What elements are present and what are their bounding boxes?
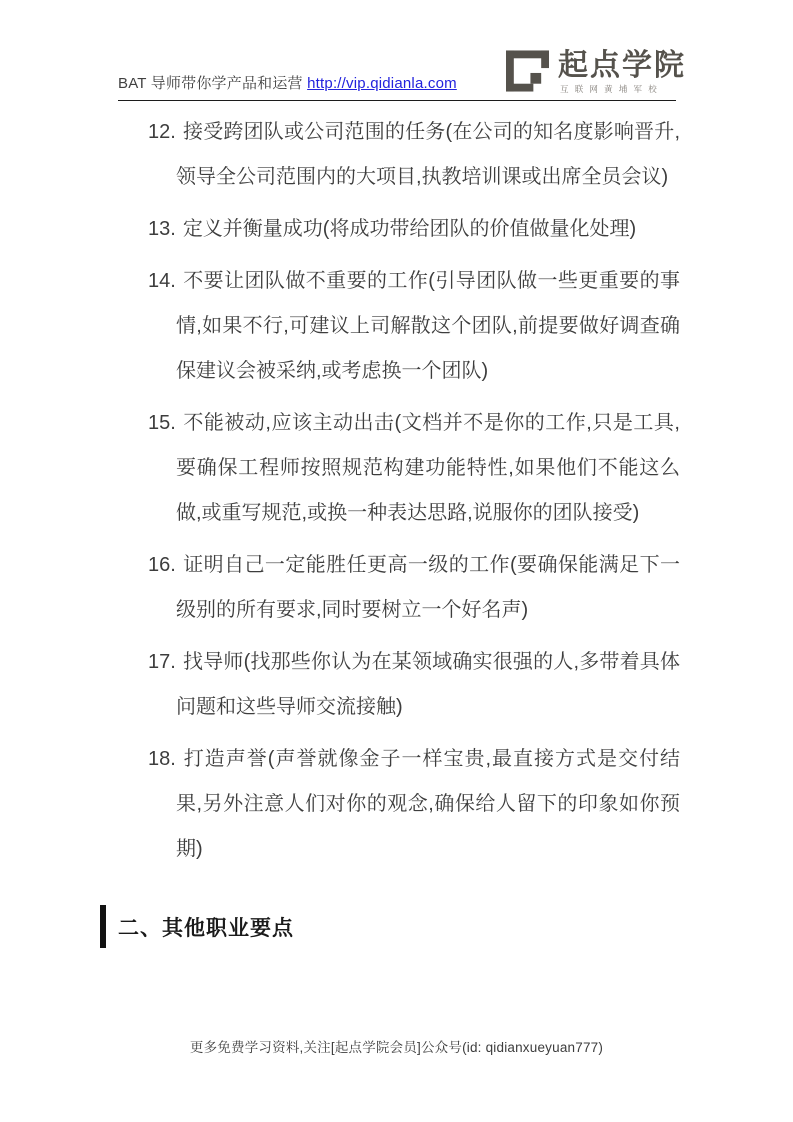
- header-link[interactable]: http://vip.qidianla.com: [307, 75, 457, 92]
- item-number: 17.: [148, 651, 176, 673]
- header-divider: [118, 100, 676, 101]
- item-text: 证明自己一定能胜任更高一级的工作(要确保能满足下一级别的所有要求,同时要树立一个…: [176, 554, 680, 621]
- header-tagline-text: BAT 导师带你学产品和运营: [118, 75, 307, 92]
- page-footer: 更多免费学习资料,关注[起点学院会员]公众号(id: qidianxueyuan…: [0, 1036, 793, 1056]
- item-number: 15.: [148, 412, 176, 434]
- item-text: 打造声誉(声誉就像金子一样宝贵,最直接方式是交付结果,另外注意人们对你的观念,确…: [176, 748, 680, 860]
- item-text: 找导师(找那些你认为在某领域确实很强的人,多带着具体问题和这些导师交流接触): [176, 651, 680, 718]
- qidian-logo-icon: [506, 50, 549, 92]
- list-item: 16.证明自己一定能胜任更高一级的工作(要确保能满足下一级别的所有要求,同时要树…: [148, 543, 680, 633]
- item-text: 不能被动,应该主动出击(文档并不是你的工作,只是工具,要确保工程师按照规范构建功…: [176, 412, 680, 524]
- logo-text: 起点学院 互联网黄埔军校: [558, 50, 686, 94]
- item-text: 定义并衡量成功(将成功带给团队的价值做量化处理): [183, 218, 636, 240]
- item-text: 不要让团队做不重要的工作(引导团队做一些更重要的事情,如果不行,可建议上司解散这…: [176, 270, 680, 382]
- list-item: 12.接受跨团队或公司范围的任务(在公司的知名度影响晋升,领导全公司范围内的大项…: [148, 110, 680, 200]
- list-item: 18.打造声誉(声誉就像金子一样宝贵,最直接方式是交付结果,另外注意人们对你的观…: [148, 737, 680, 872]
- page-header: BAT 导师带你学产品和运营 http://vip.qidianla.com 起…: [118, 48, 686, 94]
- list-item: 15.不能被动,应该主动出击(文档并不是你的工作,只是工具,要确保工程师按照规范…: [148, 401, 680, 536]
- item-number: 13.: [148, 218, 176, 240]
- item-number: 12.: [148, 121, 176, 143]
- logo-tagline: 互联网黄埔军校: [558, 84, 686, 94]
- logo: 起点学院 互联网黄埔军校: [506, 50, 686, 94]
- heading-bar: [100, 905, 106, 948]
- section-heading-text: 二、其他职业要点: [118, 912, 294, 942]
- header-tagline: BAT 导师带你学产品和运营 http://vip.qidianla.com: [118, 72, 457, 94]
- item-text: 接受跨团队或公司范围的任务(在公司的知名度影响晋升,领导全公司范围内的大项目,执…: [176, 121, 680, 188]
- document-body: 12.接受跨团队或公司范围的任务(在公司的知名度影响晋升,领导全公司范围内的大项…: [148, 103, 680, 879]
- item-number: 16.: [148, 554, 176, 576]
- footer-text: 更多免费学习资料,关注[起点学院会员]公众号(id: qidianxueyuan…: [190, 1040, 603, 1055]
- item-number: 14.: [148, 270, 176, 292]
- list-item: 13.定义并衡量成功(将成功带给团队的价值做量化处理): [148, 207, 680, 252]
- list-item: 17.找导师(找那些你认为在某领域确实很强的人,多带着具体问题和这些导师交流接触…: [148, 640, 680, 730]
- logo-wordmark: 起点学院: [558, 50, 686, 81]
- list-item: 14.不要让团队做不重要的工作(引导团队做一些更重要的事情,如果不行,可建议上司…: [148, 259, 680, 394]
- section-heading: 二、其他职业要点: [100, 905, 294, 948]
- numbered-list: 12.接受跨团队或公司范围的任务(在公司的知名度影响晋升,领导全公司范围内的大项…: [148, 103, 680, 872]
- item-number: 18.: [148, 748, 176, 770]
- document-page: BAT 导师带你学产品和运营 http://vip.qidianla.com 起…: [0, 0, 793, 1122]
